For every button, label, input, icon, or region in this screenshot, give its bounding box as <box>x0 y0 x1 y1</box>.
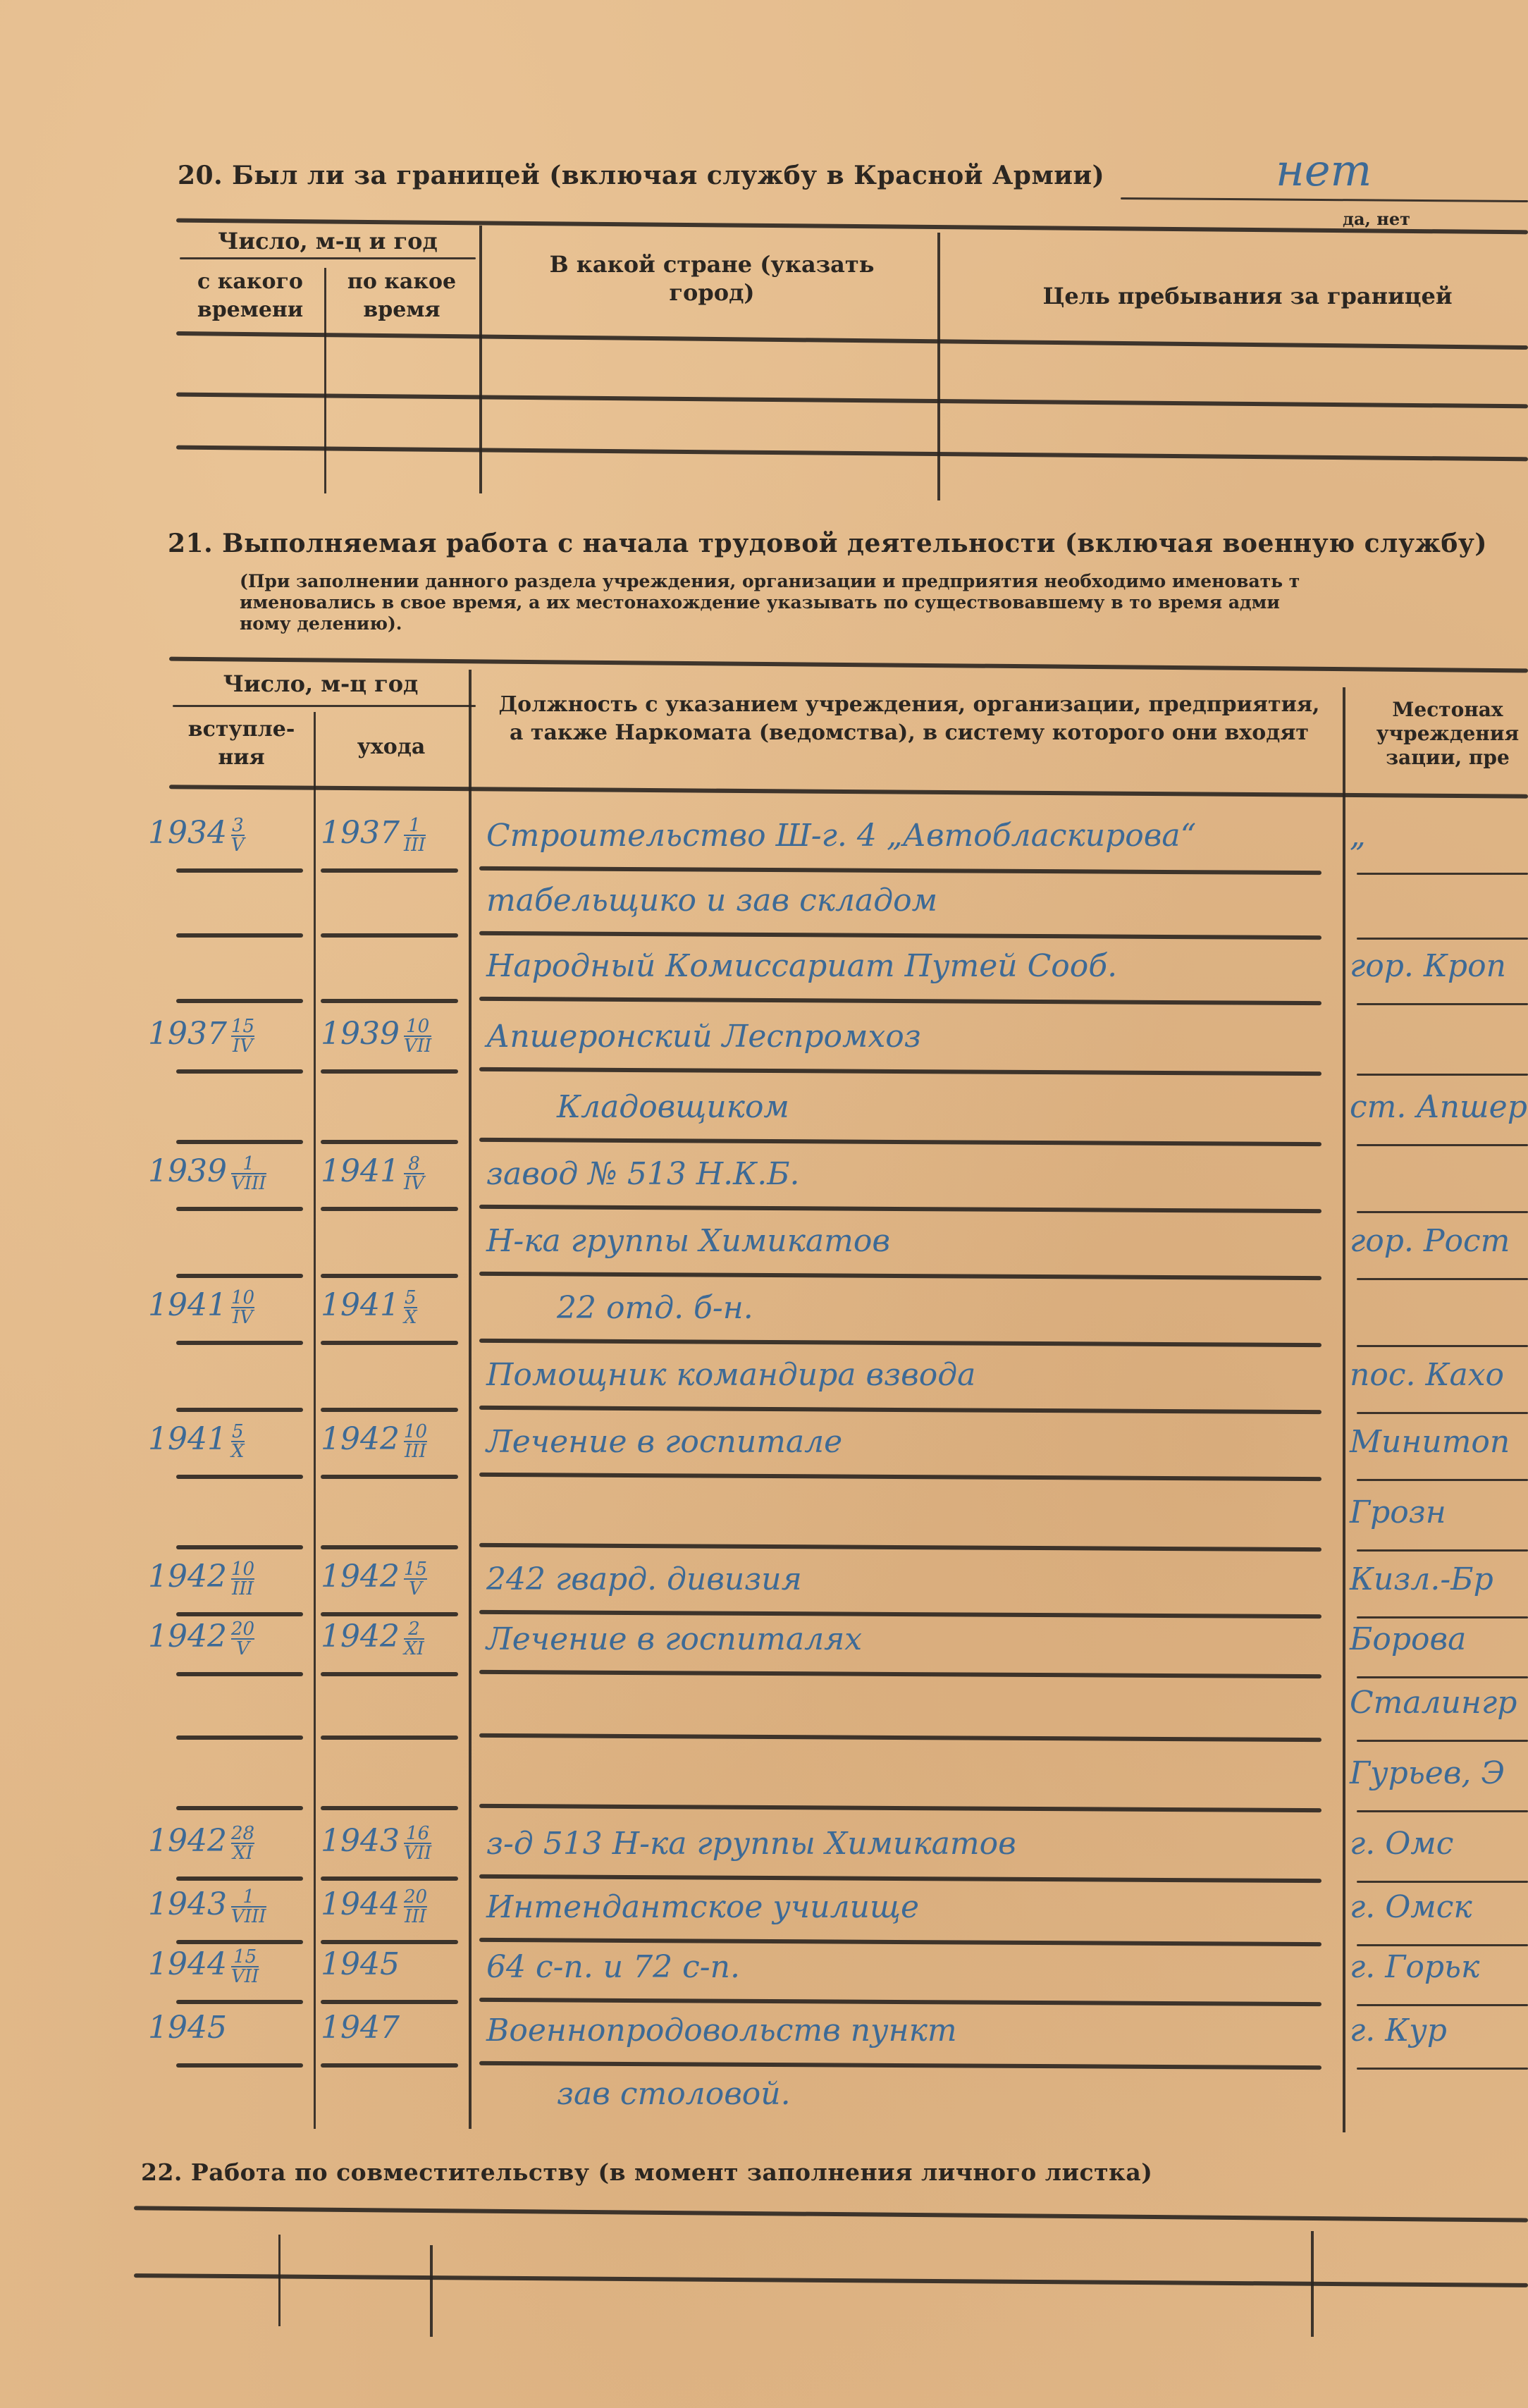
end-year: 1942 <box>321 1618 400 1654</box>
table-22-divider <box>278 2235 281 2326</box>
table-21-row-rule <box>1357 2068 1528 2070</box>
position-entry[interactable]: Помощник командира взвода <box>486 1357 975 1393</box>
location-entry[interactable]: г. Омс <box>1350 1826 1453 1862</box>
start-month: III <box>231 1580 254 1598</box>
location-entry[interactable]: г. Горьк <box>1350 1949 1479 1985</box>
table-20-header-purpose: Цель пребывания за границей <box>973 282 1522 310</box>
table-21-row-rule <box>321 1545 458 1549</box>
end-month: V <box>404 1580 427 1598</box>
table-21-row-rule <box>176 1207 303 1211</box>
table-21-row-rule <box>479 931 1321 940</box>
table-21-row-rule <box>479 1804 1321 1812</box>
table-21-row-rule <box>321 999 458 1003</box>
table-21-header-start: вступле-ния <box>173 715 310 772</box>
table-22-top-rule <box>134 2206 1528 2222</box>
location-entry[interactable]: гор. Кроп <box>1350 948 1506 984</box>
table-21-row-rule <box>479 1205 1321 1213</box>
start-day-month: 10III <box>231 1560 254 1598</box>
start-date[interactable]: 19391VIII <box>148 1153 266 1193</box>
start-date[interactable]: 19343V <box>148 815 245 854</box>
table-22-divider <box>1311 2231 1314 2337</box>
end-day: 10 <box>404 1017 431 1037</box>
location-entry[interactable]: пос. Кахо <box>1350 1357 1504 1393</box>
table-21-row-rule <box>321 868 458 873</box>
end-year: 1947 <box>321 2010 400 2046</box>
table-21-row-rule <box>321 1806 458 1810</box>
table-21-row-rule <box>321 1140 458 1144</box>
table-20-divider <box>937 233 940 500</box>
end-month: III <box>404 836 426 854</box>
start-date[interactable]: 193715IV <box>148 1016 254 1055</box>
table-21-row-rule <box>479 997 1321 1005</box>
table-21-row-rule <box>1357 1944 1528 1946</box>
table-21-row-rule <box>479 1473 1321 1481</box>
start-year: 1943 <box>148 1886 227 1922</box>
table-20-header-bottom-rule <box>176 331 1528 350</box>
table-21-row-rule <box>321 2000 458 2004</box>
start-month: VII <box>231 1967 259 1986</box>
start-day-month: 20V <box>231 1620 254 1658</box>
table-20-header-country: В какой стране (указать город) <box>522 250 902 307</box>
table-21-row-rule <box>321 1274 458 1278</box>
table-21-row-rule <box>321 1207 458 1211</box>
end-day: 16 <box>404 1824 431 1844</box>
table-21-row-rule <box>1357 1074 1528 1076</box>
table-21-row-rule <box>1357 938 1528 940</box>
start-day-month: 5X <box>231 1423 245 1461</box>
start-day: 15 <box>231 1948 259 1967</box>
table-21-row-rule <box>1357 1345 1528 1347</box>
table-22-row-rule <box>134 2273 1528 2287</box>
table-21-row-rule <box>479 1938 1321 1946</box>
end-date[interactable]: 194210III <box>321 1421 427 1461</box>
end-date[interactable]: 19422XI <box>321 1618 424 1658</box>
location-entry[interactable]: Грозн <box>1350 1494 1446 1530</box>
table-21-row-rule <box>1357 1479 1528 1481</box>
location-entry[interactable]: „ <box>1350 818 1366 854</box>
table-21-row-rule <box>1357 1676 1528 1678</box>
end-year: 1939 <box>321 1016 400 1052</box>
end-date[interactable]: 1945 <box>321 1946 400 1982</box>
start-date[interactable]: 194228XI <box>148 1823 254 1862</box>
start-date[interactable]: 194110IV <box>148 1287 254 1327</box>
start-day-month: 3V <box>231 816 245 854</box>
end-date[interactable]: 19415X <box>321 1287 417 1327</box>
table-21-row-rule <box>176 1876 303 1881</box>
table-21-header-date-group: Число, м-ц год <box>173 670 469 698</box>
end-day-month: 10III <box>404 1423 427 1461</box>
end-day-month: 2XI <box>404 1620 424 1658</box>
end-year: 1944 <box>321 1886 400 1922</box>
start-month: IV <box>231 1037 254 1055</box>
table-21-row-rule <box>479 1874 1321 1883</box>
start-date[interactable]: 194415VII <box>148 1946 259 1986</box>
start-day-month: 15VII <box>231 1948 259 1986</box>
table-20-divider <box>479 226 482 493</box>
table-21-row-rule <box>176 1341 303 1345</box>
start-day: 1 <box>231 1888 266 1908</box>
end-day: 15 <box>404 1560 427 1580</box>
end-date[interactable]: 19418IV <box>321 1153 424 1193</box>
start-day: 5 <box>231 1423 245 1442</box>
location-entry[interactable]: Минитоп <box>1350 1424 1510 1460</box>
end-date[interactable]: 1947 <box>321 2010 400 2046</box>
end-year: 1943 <box>321 1823 400 1859</box>
table-22-divider <box>430 2245 433 2337</box>
end-day: 20 <box>404 1888 427 1908</box>
start-year: 1942 <box>148 1823 227 1859</box>
table-21-row-rule <box>321 1736 458 1740</box>
table-21-row-rule <box>479 1339 1321 1347</box>
table-21-row-rule <box>321 1408 458 1412</box>
position-entry[interactable]: Интендантское училище <box>486 1889 919 1925</box>
table-20-header-from: с какого времени <box>180 268 321 324</box>
section-20-answer-hint: да, нет <box>1343 209 1410 229</box>
start-year: 1937 <box>148 1016 227 1052</box>
table-21-row-rule <box>176 1806 303 1810</box>
table-21-row-rule <box>176 1069 303 1074</box>
position-entry[interactable]: Военнопродовольств пункт <box>486 2013 957 2048</box>
table-21-row-rule <box>1357 873 1528 875</box>
table-21-row-rule <box>1357 1278 1528 1280</box>
table-21-divider <box>469 670 472 2129</box>
end-month: VII <box>404 1037 431 1055</box>
start-day: 3 <box>231 816 245 836</box>
position-entry[interactable]: зав столовой. <box>557 2076 791 2112</box>
table-21-row-rule <box>321 1475 458 1479</box>
table-21-row-rule <box>321 1876 458 1881</box>
table-21-row-rule <box>176 1140 303 1144</box>
section-20-title: 20. Был ли за границей (включая службу в… <box>178 161 1104 190</box>
table-20-header-date-group: Число, м-ц и год <box>180 227 476 255</box>
table-21-row-rule <box>176 1475 303 1479</box>
location-header-line: учреждения <box>1367 722 1528 746</box>
start-year: 1941 <box>148 1421 227 1457</box>
location-entry[interactable]: гор. Рост <box>1350 1223 1510 1259</box>
position-entry[interactable]: Апшеронский Леспромхоз <box>486 1019 921 1055</box>
start-day: 10 <box>231 1560 254 1580</box>
end-month: III <box>404 1908 427 1926</box>
end-date[interactable]: 193910VII <box>321 1016 431 1055</box>
position-entry[interactable]: 64 с-п. и 72 с-п. <box>486 1949 740 1985</box>
table-21-row-rule <box>479 1543 1321 1552</box>
start-date[interactable]: 19415X <box>148 1421 245 1461</box>
location-entry[interactable]: Борова <box>1350 1621 1466 1657</box>
start-day: 20 <box>231 1620 254 1640</box>
end-month: X <box>404 1308 417 1327</box>
table-21-row-rule <box>176 1940 303 1944</box>
table-21-row-rule <box>1357 2004 1528 2006</box>
end-date[interactable]: 194316VII <box>321 1823 431 1862</box>
end-month: III <box>404 1442 427 1461</box>
section-21-note: (При заполнении данного раздела учрежден… <box>240 571 1300 592</box>
table-20-header-to: по какое время <box>328 268 476 324</box>
start-date[interactable]: 19431VIII <box>148 1886 266 1926</box>
end-day: 2 <box>404 1620 424 1640</box>
table-20-row-rule <box>176 446 1528 462</box>
table-21-row-rule <box>479 1610 1321 1618</box>
table-21-row-rule <box>176 2063 303 2068</box>
table-21-row-rule <box>1357 1740 1528 1742</box>
position-entry[interactable]: завод № 513 Н.К.Б. <box>486 1156 800 1192</box>
table-21-row-rule <box>479 1670 1321 1678</box>
end-day-month: 20III <box>404 1888 427 1926</box>
table-20-row-rule <box>176 393 1528 409</box>
start-day: 10 <box>231 1289 254 1308</box>
start-day: 1 <box>231 1155 266 1174</box>
start-month: V <box>231 836 245 854</box>
start-day-month: 15IV <box>231 1017 254 1055</box>
table-21-row-rule <box>1357 1003 1528 1005</box>
end-day: 1 <box>404 816 426 836</box>
position-entry[interactable]: Кладовщиком <box>557 1089 789 1125</box>
position-entry[interactable]: з-д 513 Н-ка группы Химикатов <box>486 1826 1016 1862</box>
table-21-row-rule <box>176 1545 303 1549</box>
position-entry[interactable]: 242 гвард. дивизия <box>486 1561 802 1597</box>
location-entry[interactable]: г. Кур <box>1350 2013 1447 2048</box>
start-day: 28 <box>231 1824 254 1844</box>
section-20-answer-line <box>1121 197 1528 202</box>
table-21-header-location: Местонах учреждения зации, пре <box>1367 698 1528 770</box>
table-21-row-rule <box>321 1940 458 1944</box>
end-year: 1942 <box>321 1559 400 1595</box>
table-21-date-rule <box>173 705 476 707</box>
location-entry[interactable]: Сталингр <box>1350 1685 1517 1721</box>
section-21-note: именовались в свое время, а их местонахо… <box>240 592 1280 613</box>
table-21-row-rule <box>479 1998 1321 2006</box>
end-year: 1941 <box>321 1153 400 1189</box>
end-month: XI <box>404 1640 424 1658</box>
section-21-note: ному делению). <box>240 613 402 634</box>
section-21-title: 21. Выполняемая работа с начала трудовой… <box>168 529 1487 558</box>
table-21-row-rule <box>176 2000 303 2004</box>
table-21-row-rule <box>1357 1144 1528 1146</box>
end-year: 1941 <box>321 1287 400 1323</box>
start-month: IV <box>231 1308 254 1327</box>
table-21-row-rule <box>479 866 1321 875</box>
start-month: X <box>231 1442 245 1461</box>
end-day: 8 <box>404 1155 424 1174</box>
table-21-divider <box>314 712 316 2129</box>
location-header-line: зации, пре <box>1367 746 1528 770</box>
start-date[interactable]: 194210III <box>148 1559 254 1598</box>
position-entry[interactable]: Лечение в госпиталях <box>486 1621 862 1657</box>
table-20-date-rule <box>180 257 476 259</box>
end-day-month: 15V <box>404 1560 427 1598</box>
table-21-row-rule <box>479 2061 1321 2070</box>
start-day-month: 1VIII <box>231 1155 266 1193</box>
end-day: 10 <box>404 1423 427 1442</box>
table-21-row-rule <box>176 1612 303 1616</box>
end-day: 5 <box>404 1289 417 1308</box>
table-21-header-leave: ухода <box>317 733 465 761</box>
start-year: 1942 <box>148 1618 227 1654</box>
start-year: 1942 <box>148 1559 227 1595</box>
position-entry[interactable]: табельщико и зав складом <box>486 883 937 919</box>
table-21-row-rule <box>176 999 303 1003</box>
end-month: IV <box>404 1174 424 1193</box>
table-21-header-bottom-rule <box>169 785 1528 798</box>
table-21-row-rule <box>176 1274 303 1278</box>
start-day-month: 1VIII <box>231 1888 266 1926</box>
start-date[interactable]: 194220V <box>148 1618 254 1658</box>
table-21-row-rule <box>321 1069 458 1074</box>
start-year: 1934 <box>148 815 227 851</box>
position-entry[interactable]: Лечение в госпитале <box>486 1424 842 1460</box>
table-21-row-rule <box>321 933 458 938</box>
end-day-month: 10VII <box>404 1017 431 1055</box>
start-day-month: 10IV <box>231 1289 254 1327</box>
table-21-row-rule <box>479 1406 1321 1414</box>
end-date[interactable]: 194420III <box>321 1886 427 1926</box>
table-21-row-rule <box>176 868 303 873</box>
end-day-month: 1III <box>404 816 426 854</box>
end-day-month: 8IV <box>404 1155 424 1193</box>
location-header-line: Местонах <box>1367 698 1528 722</box>
table-21-row-rule <box>321 1612 458 1616</box>
start-day-month: 28XI <box>231 1824 254 1862</box>
start-month: VIII <box>231 1908 266 1926</box>
end-date[interactable]: 194215V <box>321 1559 427 1598</box>
start-date[interactable]: 1945 <box>148 2010 227 2046</box>
end-month: VII <box>404 1844 431 1862</box>
table-21-row-rule <box>1357 1549 1528 1552</box>
start-month: VIII <box>231 1174 266 1193</box>
table-21-row-rule <box>1357 1412 1528 1414</box>
section-22-title: 22. Работа по совместительству (в момент… <box>141 2158 1152 2186</box>
table-21-row-rule <box>1357 1211 1528 1213</box>
position-entry[interactable]: Строительство Ш-г. 4 „Автобласкирова“ <box>486 818 1196 854</box>
table-21-row-rule <box>1357 1881 1528 1883</box>
end-date[interactable]: 19371III <box>321 815 426 854</box>
table-21-row-rule <box>479 1272 1321 1280</box>
end-year: 1937 <box>321 815 400 851</box>
table-21-row-rule <box>176 1736 303 1740</box>
table-21-row-rule <box>1357 1810 1528 1812</box>
position-entry[interactable]: Н-ка группы Химикатов <box>486 1223 890 1259</box>
end-year: 1945 <box>321 1946 400 1982</box>
start-month: XI <box>231 1844 254 1862</box>
table-21-row-rule <box>176 1672 303 1676</box>
position-entry[interactable]: Народный Комиссариат Путей Сооб. <box>486 948 1117 984</box>
section-20-answer[interactable]: нет <box>1276 145 1372 196</box>
table-21-row-rule <box>479 1067 1321 1076</box>
table-21-row-rule <box>176 1408 303 1412</box>
end-day-month: 16VII <box>404 1824 431 1862</box>
table-21-row-rule <box>321 2063 458 2068</box>
start-year: 1945 <box>148 2010 227 2046</box>
location-entry[interactable]: г. Омск <box>1350 1889 1472 1925</box>
table-20-divider <box>324 268 326 493</box>
table-21-row-rule <box>479 1138 1321 1146</box>
location-entry[interactable]: ст. Апшер <box>1350 1089 1527 1125</box>
start-year: 1941 <box>148 1287 227 1323</box>
start-year: 1944 <box>148 1946 227 1982</box>
start-day: 15 <box>231 1017 254 1037</box>
table-21-row-rule <box>321 1341 458 1345</box>
location-entry[interactable]: Кизл.-Бр <box>1350 1561 1493 1597</box>
location-entry[interactable]: Гурьев, Э <box>1350 1755 1505 1791</box>
position-entry[interactable]: 22 отд. б-н. <box>557 1290 753 1326</box>
table-21-divider <box>1343 687 1345 2132</box>
start-year: 1939 <box>148 1153 227 1189</box>
start-month: V <box>231 1640 254 1658</box>
table-21-header-position: Должность с указанием учреждения, органи… <box>493 691 1325 747</box>
table-21-row-rule <box>176 933 303 938</box>
end-year: 1942 <box>321 1421 400 1457</box>
end-day-month: 5X <box>404 1289 417 1327</box>
table-21-row-rule <box>321 1672 458 1676</box>
table-21-row-rule <box>479 1733 1321 1742</box>
table-21-row-rule <box>1357 1616 1528 1618</box>
